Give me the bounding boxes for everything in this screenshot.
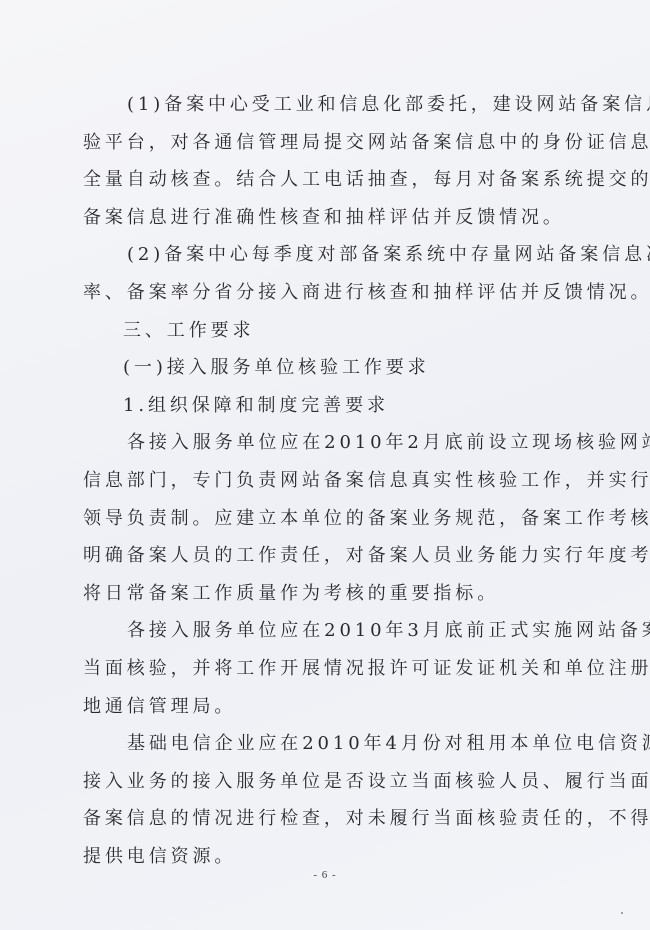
text-line: (1)备案中心受工业和信息化部委托，建设网站备案信息校 bbox=[83, 86, 567, 124]
text-line: 验平台，对各通信管理局提交网站备案信息中的身份证信息进行 bbox=[83, 124, 567, 162]
scan-speck bbox=[621, 912, 623, 914]
text-line: 信息部门，专门负责网站备案信息真实性核验工作，并实行单位 bbox=[83, 462, 567, 500]
paragraph-item-1: (1)备案中心受工业和信息化部委托，建设网站备案信息校 验平台，对各通信管理局提… bbox=[83, 86, 567, 236]
text-line: 全量自动核查。结合人工电话抽查，每月对备案系统提交的网站 bbox=[83, 161, 567, 199]
paragraph-item-2: (2)备案中心每季度对部备案系统中存量网站备案信息准确 率、备案率分省分接入商进… bbox=[83, 236, 567, 311]
text-line: 接入业务的接入服务单位是否设立当面核验人员、履行当面核验 bbox=[83, 763, 567, 801]
text-line: (2)备案中心每季度对部备案系统中存量网站备案信息准确 bbox=[83, 236, 567, 274]
text-line: 率、备案率分省分接入商进行核查和抽样评估并反馈情况。 bbox=[83, 274, 567, 312]
text-line: 明确备案人员的工作责任，对备案人员业务能力实行年度考核， bbox=[83, 537, 567, 575]
subsubsection-heading: 1.组织保障和制度完善要求 bbox=[83, 387, 567, 425]
text-line: 各接入服务单位应在2010年3月底前正式实施网站备案信息 bbox=[83, 612, 567, 650]
paragraph-apr-deadline: 基础电信企业应在2010年4月份对租用本单位电信资源从事 接入业务的接入服务单位… bbox=[83, 725, 567, 875]
text-line: 备案信息进行准确性核查和抽样评估并反馈情况。 bbox=[83, 199, 567, 237]
text-line: 备案信息的情况进行检查，对未履行当面核验责任的，不得为其 bbox=[83, 800, 567, 838]
text-line: 各接入服务单位应在2010年2月底前设立现场核验网站备案 bbox=[83, 424, 567, 462]
paragraph-mar-deadline: 各接入服务单位应在2010年3月底前正式实施网站备案信息 当面核验，并将工作开展… bbox=[83, 612, 567, 725]
text-line: 当面核验，并将工作开展情况报许可证发证机关和单位注册所在 bbox=[83, 650, 567, 688]
scanned-page: (1)备案中心受工业和信息化部委托，建设网站备案信息校 验平台，对各通信管理局提… bbox=[0, 0, 650, 930]
paragraph-feb-deadline: 各接入服务单位应在2010年2月底前设立现场核验网站备案 信息部门，专门负责网站… bbox=[83, 424, 567, 612]
document-body: (1)备案中心受工业和信息化部委托，建设网站备案信息校 验平台，对各通信管理局提… bbox=[83, 86, 567, 875]
page-number: - 6 - bbox=[0, 869, 650, 881]
text-line: 地通信管理局。 bbox=[83, 688, 567, 726]
text-line: 基础电信企业应在2010年4月份对租用本单位电信资源从事 bbox=[83, 725, 567, 763]
text-line: 领导负责制。应建立本单位的备案业务规范，备案工作考核制度。 bbox=[83, 500, 567, 538]
section-heading: 三、工作要求 bbox=[83, 312, 567, 350]
text-line: 将日常备案工作质量作为考核的重要指标。 bbox=[83, 575, 567, 613]
subsection-heading: (一)接入服务单位核验工作要求 bbox=[83, 349, 567, 387]
